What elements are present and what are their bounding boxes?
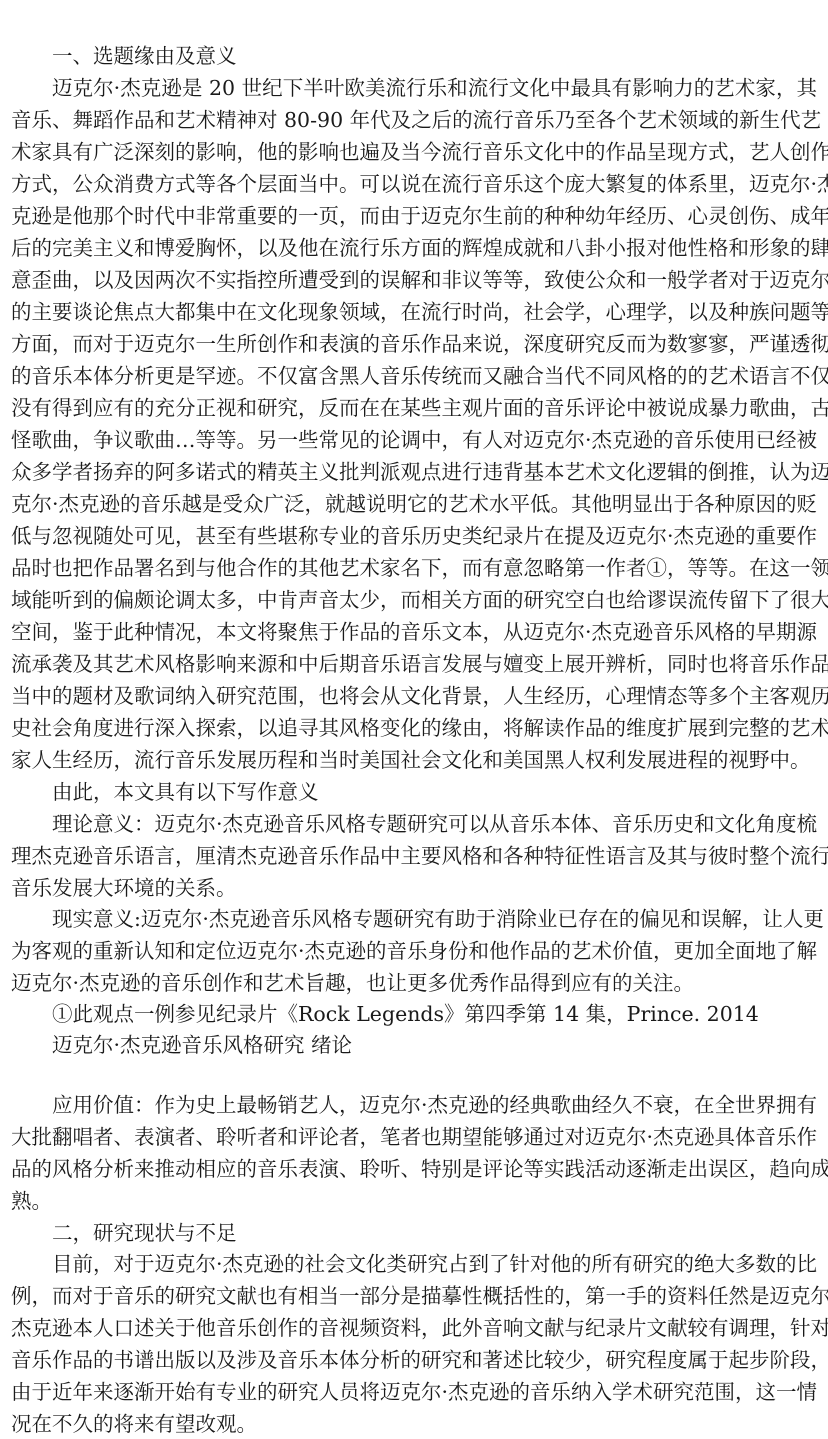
document-page: 一、选题缘由及意义 迈克尔·杰克逊是 20 世纪下半叶欧美流行乐和流行文化中最具…: [0, 0, 828, 1439]
paragraph-line: 理论意义：迈克尔·杰克逊音乐风格专题研究可以从音乐本体、音乐历史和文化角度梳: [52, 808, 817, 840]
paragraph-line: 空间，鉴于此种情况，本文将聚焦于作品的音乐文本，从迈克尔·杰克逊音乐风格的早期源: [11, 616, 817, 648]
paragraph-line: 方式，公众消费方式等各个层面当中。可以说在流行音乐这个庞大繁复的体系里，迈克尔·…: [11, 168, 817, 200]
paragraph-line: 家人生经历，流行音乐发展历程和当时美国社会文化和美国黑人权利发展进程的视野中。: [11, 744, 817, 776]
paragraph-line: 品的风格分析来推动相应的音乐表演、聆听、特别是评论等实践活动逐渐走出误区，趋向成: [11, 1153, 817, 1185]
paragraph-line: 的音乐本体分析更是罕迹。不仅富含黑人音乐传统而又融合当代不同风格的的艺术语言不仅: [11, 360, 817, 392]
paragraph-line: 迈克尔·杰克逊的音乐创作和艺术旨趣，也让更多优秀作品得到应有的关注。: [11, 967, 817, 999]
paragraph-line: 现实意义:迈克尔·杰克逊音乐风格专题研究有助于消除业已存在的偏见和误解，让人更: [52, 903, 817, 935]
paragraph-line: 克尔·杰克逊的音乐越是受众广泛，就越说明它的艺术水平低。其他明显出于各种原因的贬: [11, 488, 817, 520]
paragraph-line: 音乐、舞蹈作品和艺术精神对 80-90 年代及之后的流行音乐乃至各个艺术领域的新…: [11, 104, 817, 136]
paragraph-line: 音乐发展大环境的关系。: [11, 872, 817, 904]
footnote: ①此观点一例参见纪录片《Rock Legends》第四季第 14 集，Princ…: [52, 998, 817, 1030]
paragraph-line: 众多学者扬弃的阿多诺式的精英主义批判派观点进行违背基本艺术文化逻辑的倒推，认为迈: [11, 456, 817, 488]
paragraph-line: 为客观的重新认知和定位迈克尔·杰克逊的音乐身份和他作品的艺术价值，更加全面地了解: [11, 935, 817, 967]
paragraph-line: 况在不久的将来有望改观。: [11, 1408, 817, 1439]
paragraph-line: 术家具有广泛深刻的影响，他的影响也遍及当今流行音乐文化中的作品呈现方式，艺人创作: [11, 136, 817, 168]
paragraph-line: 后的完美主义和博爱胸怀，以及他在流行乐方面的辉煌成就和八卦小报对他性格和形象的肆: [11, 232, 817, 264]
paragraph-line: 史社会角度进行深入探索，以追寻其风格变化的缘由，将解读作品的维度扩展到完整的艺术: [11, 712, 817, 744]
paragraph-line: 没有得到应有的充分正视和研究，反而在在某些主观片面的音乐评论中被说成暴力歌曲，古: [11, 392, 817, 424]
paragraph-line: 大批翻唱者、表演者、聆听者和评论者，笔者也期望能够通过对迈克尔·杰克逊具体音乐作: [11, 1121, 817, 1153]
running-header: 迈克尔·杰克逊音乐风格研究 绪论: [52, 1029, 817, 1061]
paragraph-line: 当中的题材及歌词纳入研究范围，也将会从文化背景，人生经历，心理情态等多个主客观历: [11, 680, 817, 712]
paragraph-line: 怪歌曲，争议歌曲…等等。另一些常见的论调中，有人对迈克尔·杰克逊的音乐使用已经被: [11, 424, 817, 456]
paragraph-line: 克逊是他那个时代中非常重要的一页，而由于迈克尔生前的种种幼年经历、心灵创伤、成年: [11, 200, 817, 232]
paragraph-line: 理杰克逊音乐语言，厘清杰克逊音乐作品中主要风格和各种特征性语言及其与彼时整个流行: [11, 840, 817, 872]
paragraph-line: 熟。: [11, 1185, 817, 1217]
paragraph-line: 例，而对于音乐的研究文献也有相当一部分是描摹性概括性的，第一手的资料任然是迈克尔…: [11, 1280, 817, 1312]
paragraph-line: 域能听到的偏颇论调太多，中肯声音太少，而相关方面的研究空白也给谬误流传留下了很大: [11, 584, 817, 616]
paragraph-line: 流承袭及其艺术风格影响来源和中后期音乐语言发展与嬗变上展开辨析，同时也将音乐作品: [11, 648, 817, 680]
paragraph-line: 意歪曲，以及因两次不实指控所遭受到的误解和非议等等，致使公众和一般学者对于迈克尔: [11, 264, 817, 296]
paragraph-line: 的主要谈论焦点大都集中在文化现象领域，在流行时尚，社会学，心理学，以及种族问题等: [11, 296, 817, 328]
paragraph-line: 由此，本文具有以下写作意义: [52, 776, 817, 808]
paragraph-line: 品时也把作品署名到与他合作的其他艺术家名下，而有意忽略第一作者①，等等。在这一领: [11, 552, 817, 584]
paragraph-line: 迈克尔·杰克逊是 20 世纪下半叶欧美流行乐和流行文化中最具有影响力的艺术家，其: [52, 72, 817, 104]
section-heading-2: 二，研究现状与不足: [52, 1217, 817, 1249]
paragraph-line: 应用价值：作为史上最畅销艺人，迈克尔·杰克逊的经典歌曲经久不衰，在全世界拥有: [52, 1089, 817, 1121]
paragraph-line: 音乐作品的书谱出版以及涉及音乐本体分析的研究和著述比较少，研究程度属于起步阶段，: [11, 1344, 817, 1376]
paragraph-line: 杰克逊本人口述关于他音乐创作的音视频资料，此外音响文献与纪录片文献较有调理，针对: [11, 1312, 817, 1344]
section-heading-1: 一、选题缘由及意义: [52, 40, 817, 72]
paragraph-line: 目前，对于迈克尔·杰克逊的社会文化类研究占到了针对他的所有研究的绝大多数的比: [52, 1248, 817, 1280]
paragraph-line: 由于近年来逐渐开始有专业的研究人员将迈克尔·杰克逊的音乐纳入学术研究范围，这一情: [11, 1376, 817, 1408]
paragraph-line: 低与忽视随处可见，甚至有些堪称专业的音乐历史类纪录片在提及迈克尔·杰克逊的重要作: [11, 520, 817, 552]
paragraph-line: 方面，而对于迈克尔一生所创作和表演的音乐作品来说，深度研究反而为数寥寥，严谨透彻: [11, 328, 817, 360]
